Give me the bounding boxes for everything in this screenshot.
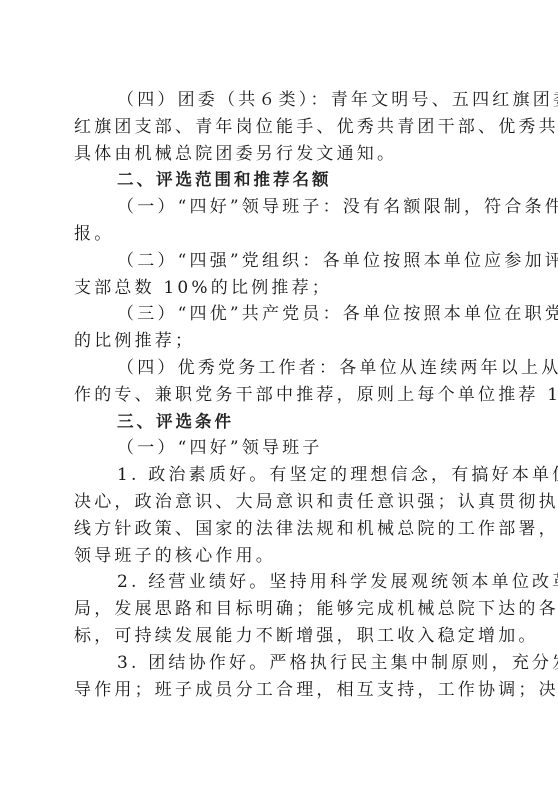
text-line: 1. 政治素质好。有坚定的理想信念，有搞好本单位的信心和 — [74, 462, 486, 489]
text-line: 决心，政治意识、大局意识和责任意识强；认真贯彻执行党的路 — [74, 489, 486, 516]
text-line: 领导班子的核心作用。 — [74, 543, 486, 570]
text-line: （一）“四好”领导班子：没有名额限制，符合条件均可申 — [74, 194, 486, 221]
text-line: 支部总数 10%的比例推荐； — [74, 275, 486, 302]
text-line: （三）“四优”共产党员：各单位按照本单位在职党员 1.5% — [74, 301, 486, 328]
text-line: 2. 经营业绩好。坚持用科学发展观统领本单位改革发展全 — [74, 569, 486, 596]
text-line: （四）团委（共６类）：青年文明号、五四红旗团委、五四 — [74, 87, 486, 114]
text-line: 导作用；班子成员分工合理，相互支持，工作协调；决策讲程序， — [74, 677, 486, 704]
text-line: （四）优秀党务工作者：各单位从连续两年以上从事党务工 — [74, 355, 486, 382]
text-line: 3. 团结协作好。严格执行民主集中制原则，充分发挥集体领 — [74, 650, 486, 677]
text-line: 作的专、兼职党务干部中推荐，原则上每个单位推荐 1 名。 — [74, 382, 486, 409]
text-line: 标，可持续发展能力不断增强，职工收入稳定增加。 — [74, 623, 486, 650]
section-heading: 二、评选范围和推荐名额 — [74, 167, 486, 194]
text-line: （二）“四强”党组织：各单位按照本单位应参加评选的党 — [74, 248, 486, 275]
text-line: 的比例推荐； — [74, 328, 486, 355]
text-line: 线方针政策、国家的法律法规和机械总院的工作部署，积极发挥 — [74, 516, 486, 543]
document-page: （四）团委（共６类）：青年文明号、五四红旗团委、五四 红旗团支部、青年岗位能手、… — [74, 87, 486, 703]
text-line: 报。 — [74, 221, 486, 248]
text-line: 具体由机械总院团委另行发文通知。 — [74, 141, 486, 168]
subsection-heading: （一）“四好”领导班子 — [74, 435, 486, 462]
text-line: 红旗团支部、青年岗位能手、优秀共青团干部、优秀共青团员。 — [74, 114, 486, 141]
text-line: 局，发展思路和目标明确；能够完成机械总院下达的各项经济指 — [74, 596, 486, 623]
section-heading: 三、评选条件 — [74, 409, 486, 436]
